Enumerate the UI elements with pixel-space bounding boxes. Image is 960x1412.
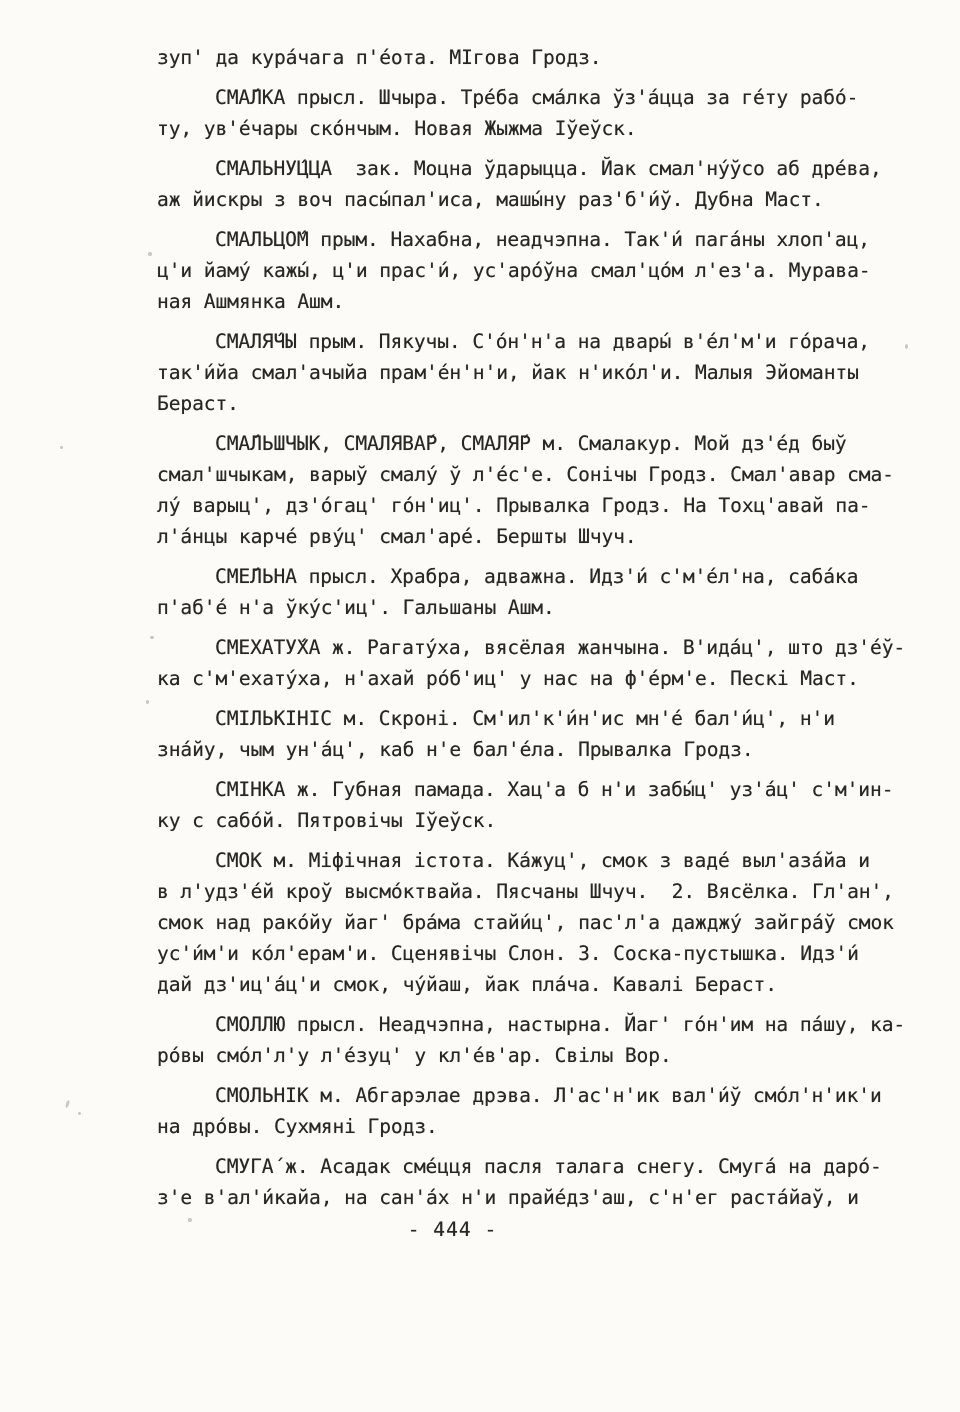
text-line: Бераст.	[157, 388, 932, 419]
scan-speck	[60, 446, 63, 449]
text-line: зуп' да кура́чага п'е́ота. МІгова Гродз.	[157, 42, 932, 73]
text-line: СМАЛЬЦО́М прым. Нахабна, неадчэпна. Так'…	[157, 224, 932, 255]
scan-speck	[78, 1112, 81, 1115]
scan-speck	[65, 1100, 70, 1109]
text-line: зна́йу, чым ун'а́ц', каб н'е бал'е́ла. П…	[157, 734, 932, 765]
text-line: л'а́нцы карче́ рву́ц' смал'аре́. Бершты …	[157, 521, 932, 552]
entry-smilkinis: СМІЛЬКІНІС м. Скроні. См'ил'к'и́н'ис мн'…	[157, 703, 932, 765]
text-line: в л'удз'е́й кроў высмо́ктвайа. Пясчаны Ш…	[157, 876, 932, 907]
scan-speck	[148, 252, 152, 256]
scan-speck	[150, 636, 154, 639]
text-line: СМОК м. Міфічная істота. Ка́жуц', смок з…	[157, 845, 932, 876]
text-line: СМА́ЛЬШЧЫК, СМАЛЯВА́Р, СМАЛЯ́Р м. Смалак…	[157, 428, 932, 459]
text-line: лу́ варыц', дз'о́гац' го́н'иц'. Прывалка…	[157, 490, 932, 521]
text-line: ку с сабо́й. Пятровічы Іўеўск.	[157, 805, 932, 836]
text-line: смал'шчыкам, варыў смалу́ ў л'е́с'е. Сон…	[157, 459, 932, 490]
text-line: з'е в'ал'и́кайа, на сан'а́х н'и прайе́дз…	[157, 1182, 932, 1213]
text-line: СМА́ЛКА прысл. Шчыра. Тре́ба сма́лка ўз'…	[157, 82, 932, 113]
text-block: зуп' да кура́чага п'е́ота. МІгова Гродз.…	[157, 42, 932, 1222]
text-line: ка с'м'ехату́ха, н'ахай ро́б'иц' у нас н…	[157, 663, 932, 694]
text-line: на дро́вы. Сухмяні Гродз.	[157, 1111, 932, 1142]
text-line: СМІЛЬКІНІС м. Скроні. См'ил'к'и́н'ис мн'…	[157, 703, 932, 734]
entry-smalka: СМА́ЛКА прысл. Шчыра. Тре́ба сма́лка ўз'…	[157, 82, 932, 144]
text-line: так'и́йа смал'ачыйа прам'е́н'н'и, йак н'…	[157, 357, 932, 388]
entry-smollyu: СМОЛЛЮ прысл. Неадчэпна, настырна. Йаг' …	[157, 1009, 932, 1071]
entry-smalcom: СМАЛЬЦО́М прым. Нахабна, неадчэпна. Так'…	[157, 224, 932, 317]
entry-smalshchyk: СМА́ЛЬШЧЫК, СМАЛЯВА́Р, СМАЛЯ́Р м. Смалак…	[157, 428, 932, 552]
entry-smolnik: СМОЛЬНІК м. Абгарэлае дрэва. Л'ас'н'ик в…	[157, 1080, 932, 1142]
text-line: СМЕ́ЛЬНА прысл. Храбра, адважна. Идз'и́ …	[157, 561, 932, 592]
text-line: дай дз'иц'а́ц'и смок, чу́йаш, йак пла́ча…	[157, 969, 932, 1000]
text-line: СМЕХАТУ́ХА ж. Рагату́ха, вясёлая жанчына…	[157, 632, 932, 663]
text-line: ная Ашмянка Ашм.	[157, 286, 932, 317]
text-line: СМАЛЯ́ЧЫ прым. Пякучы. С'о́н'н'а на двар…	[157, 326, 932, 357]
text-line: СМУГА́ ж. Асадак сме́цця пасля талага сн…	[157, 1151, 932, 1182]
entry-continuation: зуп' да кура́чага п'е́ота. МІгова Гродз.	[157, 42, 932, 73]
text-line: СМАЛЬНУ́ЦЦА зак. Моцна ўдарыцца. Йак сма…	[157, 153, 932, 184]
scan-speck	[905, 344, 908, 349]
text-line: ц'и йаму́ кажы́, ц'и прас'и́, ус'аро́ўна…	[157, 255, 932, 286]
text-line: ро́вы смо́л'л'у л'е́зуц' у кл'е́в'ар. Св…	[157, 1040, 932, 1071]
entry-smalnucca: СМАЛЬНУ́ЦЦА зак. Моцна ўдарыцца. Йак сма…	[157, 153, 932, 215]
text-line: СМОЛЛЮ прысл. Неадчэпна, настырна. Йаг' …	[157, 1009, 932, 1040]
text-line: ус'и́м'и ко́л'ерам'и. Сценявічы Слон. 3.…	[157, 938, 932, 969]
entry-smekhatukha: СМЕХАТУ́ХА ж. Рагату́ха, вясёлая жанчына…	[157, 632, 932, 694]
scan-speck	[146, 700, 149, 704]
text-line: СМОЛЬНІК м. Абгарэлае дрэва. Л'ас'н'ик в…	[157, 1080, 932, 1111]
entry-smelna: СМЕ́ЛЬНА прысл. Храбра, адважна. Идз'и́ …	[157, 561, 932, 623]
text-line: смок над рако́йу йаг' бра́ма стайи́ц', п…	[157, 907, 932, 938]
entry-smalachy: СМАЛЯ́ЧЫ прым. Пякучы. С'о́н'н'а на двар…	[157, 326, 932, 419]
text-line: аж йискры з воч пасы́пал'иса, машы́ну ра…	[157, 184, 932, 215]
text-line: ту, ув'е́чары ско́нчым. Новая Жыжма Іўеў…	[157, 113, 932, 144]
entry-smuga: СМУГА́ ж. Асадак сме́цця пасля талага сн…	[157, 1151, 932, 1213]
scanned-dictionary-page: зуп' да кура́чага п'е́ота. МІгова Гродз.…	[0, 0, 960, 1412]
page-number: - 444 -	[0, 1218, 905, 1241]
entry-sminka: СМІНКА ж. Губная памада. Хац'а б н'и заб…	[157, 774, 932, 836]
text-line: п'аб'е́ н'а ўку́с'иц'. Гальшаны Ашм.	[157, 592, 932, 623]
scan-speck	[188, 1218, 192, 1222]
entry-smok: СМОК м. Міфічная істота. Ка́жуц', смок з…	[157, 845, 932, 1000]
text-line: СМІНКА ж. Губная памада. Хац'а б н'и заб…	[157, 774, 932, 805]
